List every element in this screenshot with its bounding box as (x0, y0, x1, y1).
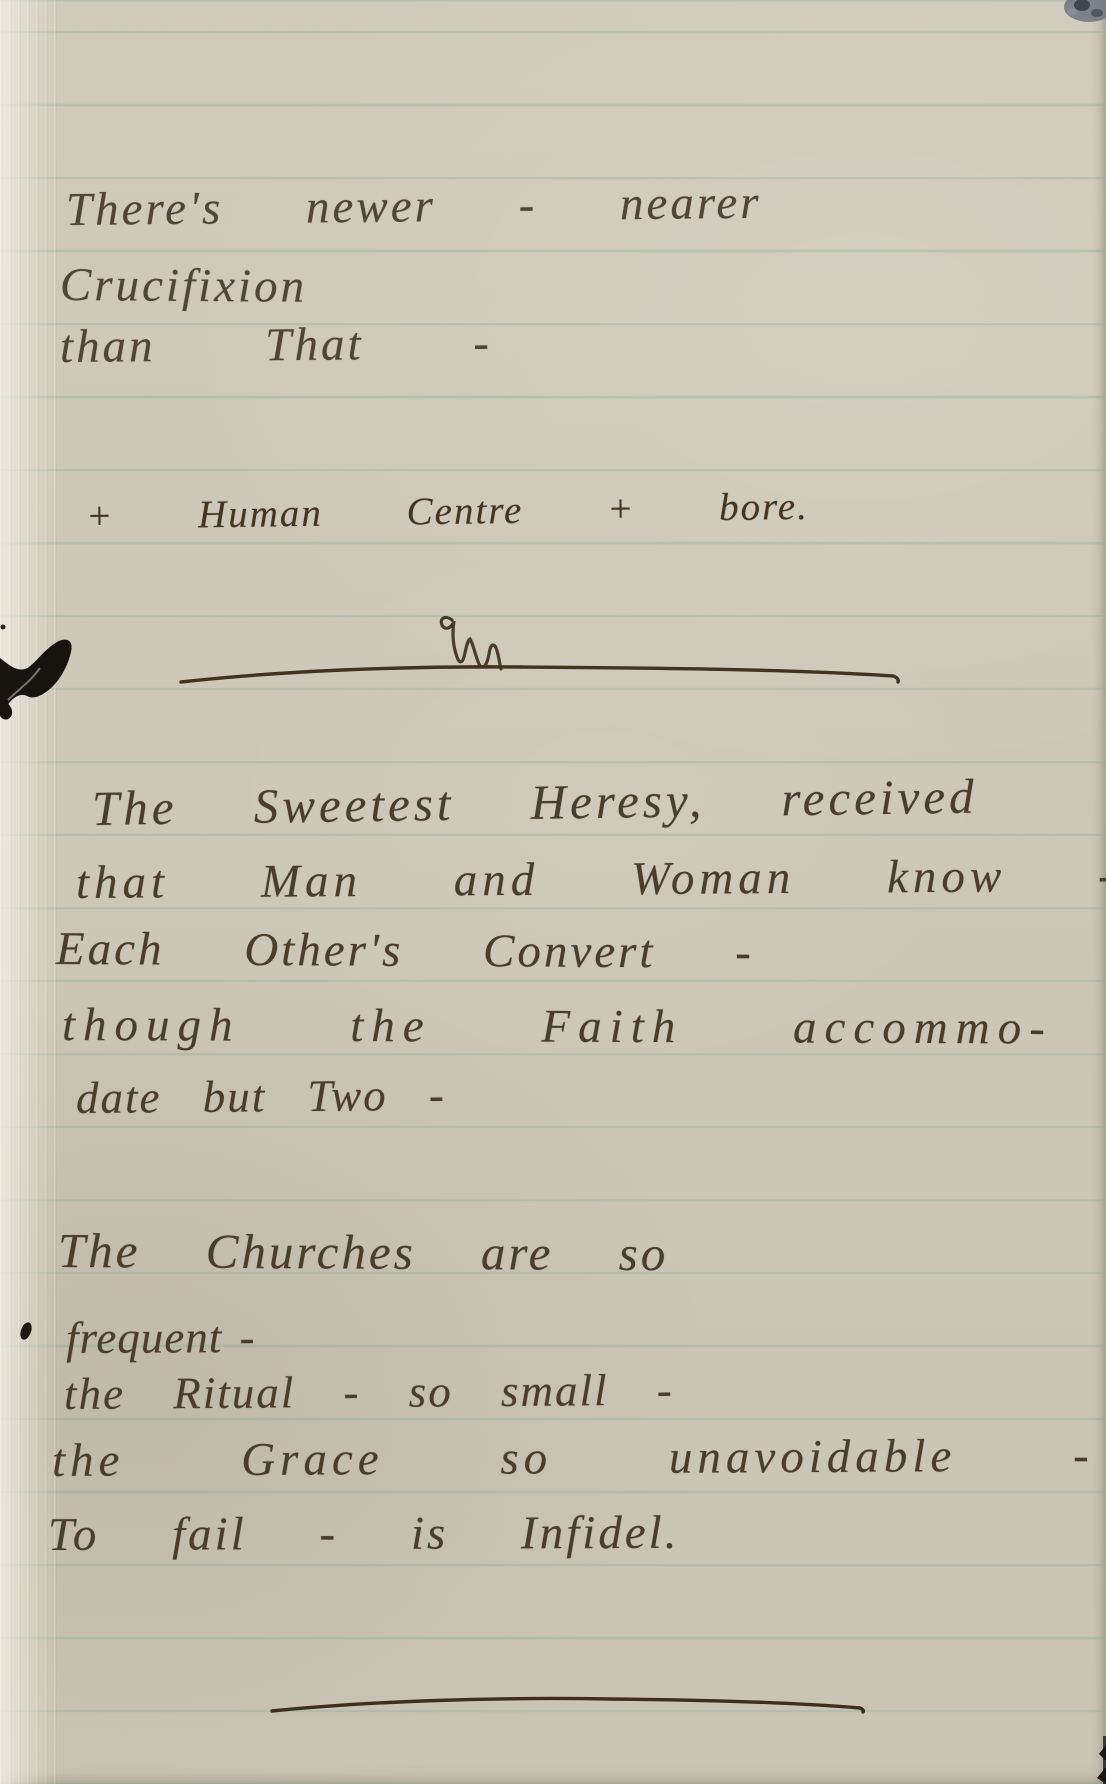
manuscript-line: though the Faith accommo- (62, 998, 1053, 1055)
torn-edge-marks (1097, 1736, 1106, 1784)
manuscript-line: that Man and Woman know - (76, 849, 1106, 910)
manuscript-page: There's newer - nearer Crucifixion than … (0, 0, 1106, 1784)
manuscript-line: The Churches are so (58, 1222, 669, 1282)
manuscript-line: There's newer - nearer (66, 176, 762, 237)
pen-flourish (441, 618, 501, 669)
ink-blot-lower (0, 700, 12, 720)
manuscript-line: Each Other's Convert - (56, 922, 754, 980)
divider-rule-bottom (272, 1699, 863, 1713)
ink-blot (0, 640, 72, 712)
manuscript-line: the Grace so unavoidable - (52, 1429, 1094, 1488)
manuscript-line: frequent - (66, 1311, 256, 1364)
variant-annotation: + Human Centre + bore. (86, 484, 810, 539)
edge-speck (18, 1321, 34, 1341)
divider-rule-top (181, 667, 898, 682)
manuscript-line: Crucifixion (60, 258, 307, 314)
manuscript-line: The Sweetest Heresy, received (92, 768, 978, 837)
manuscript-line: To fail - is Infidel. (48, 1506, 680, 1562)
manuscript-line: than That - (60, 316, 492, 374)
ink-speck (1, 625, 6, 630)
manuscript-line: date but Two - (76, 1069, 446, 1124)
manuscript-line: the Ritual - so small - (64, 1364, 674, 1420)
corner-smudge (1064, 0, 1106, 22)
ink-blot-crease (8, 668, 40, 700)
